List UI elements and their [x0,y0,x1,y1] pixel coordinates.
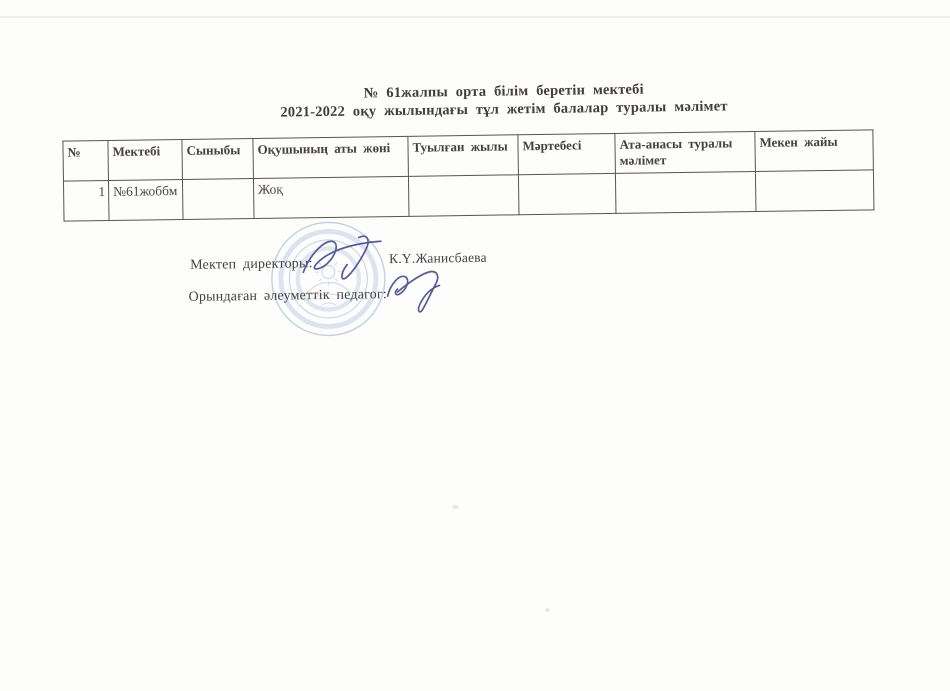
executor-label: Орындаған әлеуметтік педагог: [189,287,388,306]
col-header-student: Оқушының аты жөні [253,136,409,178]
scanned-document-page: { "document": { "title_line1": "№ 61жалп… [0,0,950,691]
col-header-school: Мектебі [108,139,183,180]
scan-speck [545,608,550,612]
col-header-status: Мәртебесі [518,133,616,174]
cell-student: Жоқ [253,176,409,218]
executor-signature-ink [381,263,452,314]
document-title: № 61жалпы орта білім беретін мектебі 202… [59,77,949,124]
director-label: Мектеп директоры: [190,256,313,274]
scan-speck [452,505,459,509]
cell-grade [182,178,254,219]
cell-number: 1 [63,181,109,222]
col-header-parents: Ата-анасы туралы мәлімет [615,131,756,173]
cell-school: №61жоббм [108,179,183,220]
col-header-grade: Сыныбы [182,138,254,179]
cell-address [755,170,874,212]
orphan-children-table: № Мектебі Сыныбы Оқушының аты жөні Туылғ… [62,129,874,221]
cell-birth-year [408,175,519,217]
cell-parents [615,171,756,213]
col-header-address: Мекен жайы [755,130,874,172]
col-header-number: № [63,141,109,182]
col-header-birth-year: Туылған жылы [408,135,519,177]
cell-status [518,173,616,214]
document-content: № 61жалпы орта білім беретін мектебі 202… [0,0,950,691]
